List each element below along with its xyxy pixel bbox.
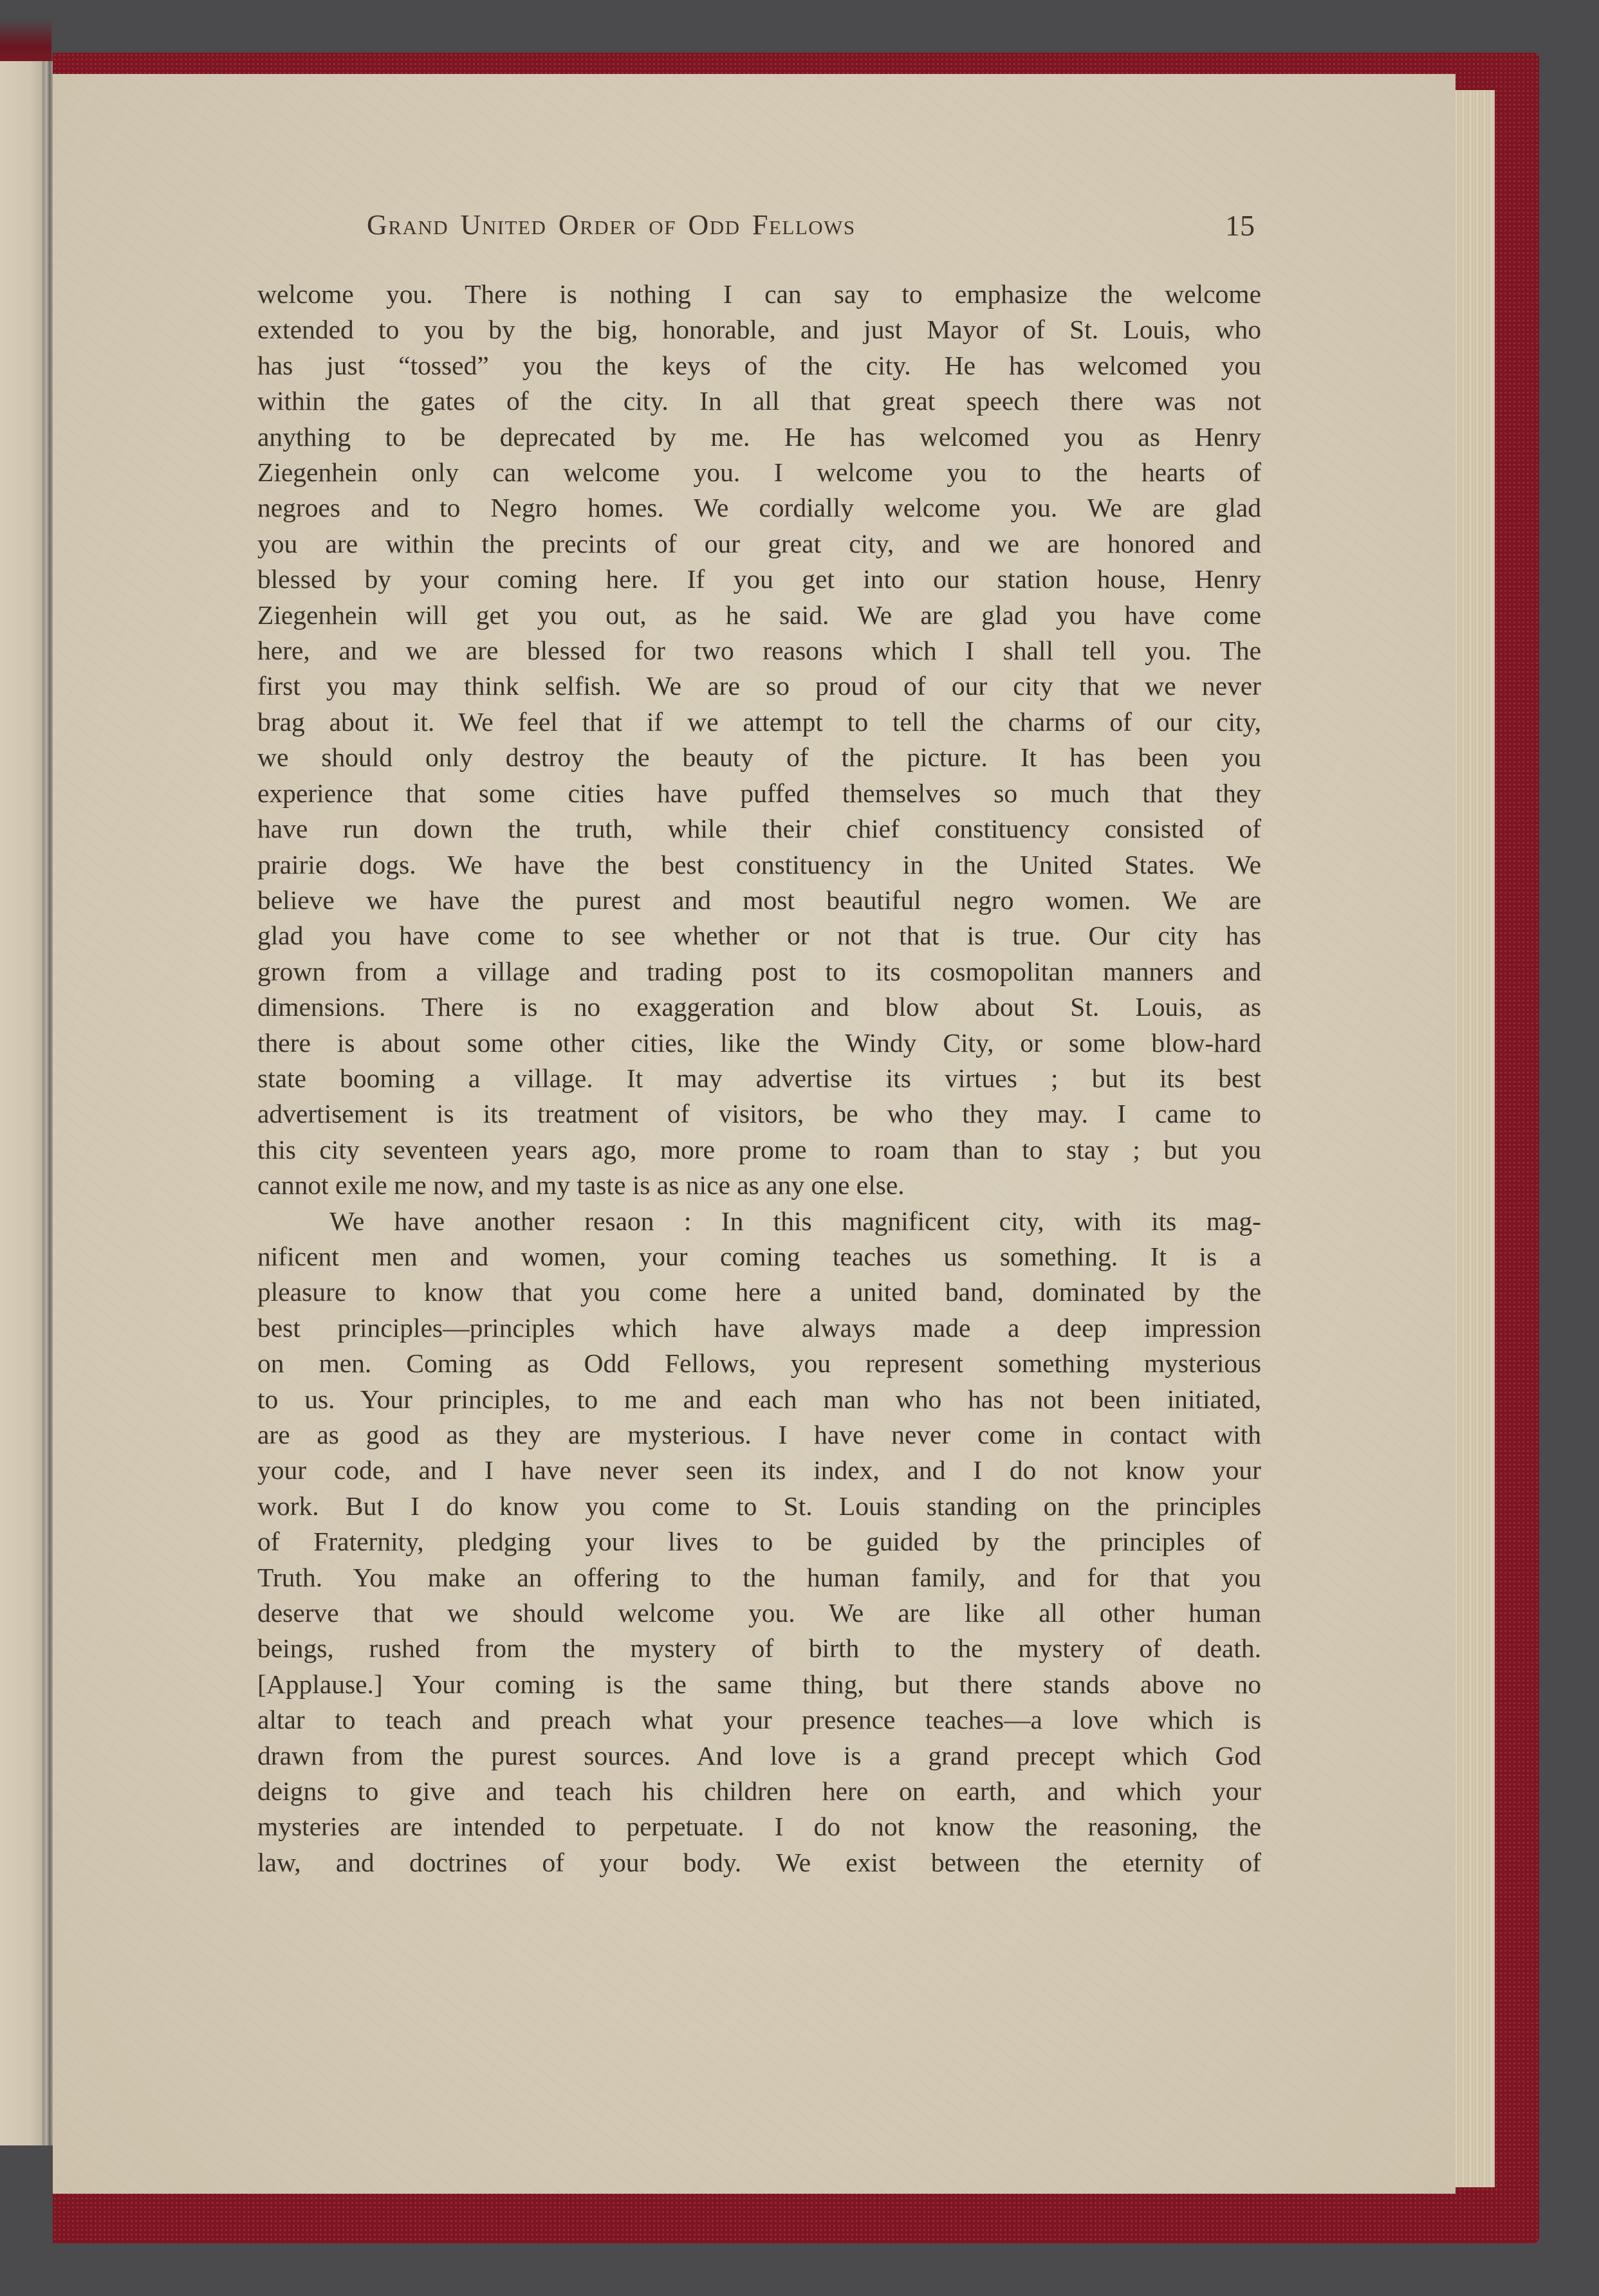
body-text: welcome you. There is nothing I can say … <box>257 277 1261 1880</box>
text-line: Ziegenhein only can welcome you. I welco… <box>257 455 1261 490</box>
text-line: nificent men and women, your coming teac… <box>257 1239 1261 1274</box>
text-line: there is about some other cities, like t… <box>257 1025 1261 1061</box>
text-line: experience that some cities have puffed … <box>257 776 1261 811</box>
text-line: are as good as they are mysterious. I ha… <box>257 1417 1261 1453</box>
text-line: best principles—principles which have al… <box>257 1310 1261 1346</box>
text-line: Ziegenhein will get you out, as he said.… <box>257 598 1261 633</box>
text-line: negroes and to Negro homes. We cordially… <box>257 490 1261 526</box>
paragraph-end-line: cannot exile me now, and my taste is as … <box>257 1168 1261 1203</box>
text-line: of Fraternity, pledging your lives to be… <box>257 1524 1261 1559</box>
text-line: this city seventeen years ago, more prom… <box>257 1132 1261 1168</box>
text-line: altar to teach and preach what your pres… <box>257 1702 1261 1738</box>
previous-page-edge <box>0 61 42 2145</box>
text-line: [Applause.] Your coming is the same thin… <box>257 1667 1261 1702</box>
text-line: we should only destroy the beauty of the… <box>257 740 1261 775</box>
page-number: 15 <box>1225 208 1255 243</box>
running-head-title: Grand United Order of Odd Fellows <box>367 208 856 241</box>
text-line: pleasure to know that you come here a un… <box>257 1274 1261 1310</box>
text-line: law, and doctrines of your body. We exis… <box>257 1845 1261 1880</box>
text-line: you are within the precints of our great… <box>257 526 1261 562</box>
text-line: your code, and I have never seen its ind… <box>257 1453 1261 1488</box>
book-gutter <box>42 61 53 2145</box>
text-line: to us. Your principles, to me and each m… <box>257 1382 1261 1417</box>
text-line: Truth. You make an offering to the human… <box>257 1560 1261 1595</box>
running-head: Grand United Order of Odd Fellows 15 <box>367 208 1242 247</box>
text-line: glad you have come to see whether or not… <box>257 918 1261 953</box>
text-line: grown from a village and trading post to… <box>257 954 1261 989</box>
text-line: drawn from the purest sources. And love … <box>257 1738 1261 1774</box>
text-line: work. But I do know you come to St. Loui… <box>257 1489 1261 1524</box>
text-line: blessed by your coming here. If you get … <box>257 562 1261 597</box>
previous-page-binding-edge <box>0 19 51 64</box>
text-line: advertisement is its treatment of visito… <box>257 1096 1261 1132</box>
text-line: here, and we are blessed for two reasons… <box>257 633 1261 668</box>
text-line: anything to be deprecated by me. He has … <box>257 419 1261 455</box>
text-line: have run down the truth, while their chi… <box>257 811 1261 847</box>
text-line: within the gates of the city. In all tha… <box>257 383 1261 419</box>
text-line: beings, rushed from the mystery of birth… <box>257 1631 1261 1666</box>
text-line: deserve that we should welcome you. We a… <box>257 1595 1261 1631</box>
text-line: first you may think selfish. We are so p… <box>257 668 1261 704</box>
text-line: deigns to give and teach his children he… <box>257 1774 1261 1809</box>
text-line: dimensions. There is no exaggeration and… <box>257 989 1261 1025</box>
text-line: state booming a village. It may advertis… <box>257 1061 1261 1096</box>
text-line: mysteries are intended to perpetuate. I … <box>257 1809 1261 1844</box>
text-line: brag about it. We feel that if we attemp… <box>257 704 1261 740</box>
text-line: welcome you. There is nothing I can say … <box>257 277 1261 312</box>
text-line: prairie dogs. We have the best constitue… <box>257 847 1261 883</box>
paragraph-start-line: We have another resaon : In this magnifi… <box>257 1204 1261 1239</box>
text-line: extended to you by the big, honorable, a… <box>257 312 1261 347</box>
text-line: believe we have the purest and most beau… <box>257 883 1261 918</box>
text-line: on men. Coming as Odd Fellows, you repre… <box>257 1346 1261 1381</box>
text-line: has just “tossed” you the keys of the ci… <box>257 348 1261 383</box>
